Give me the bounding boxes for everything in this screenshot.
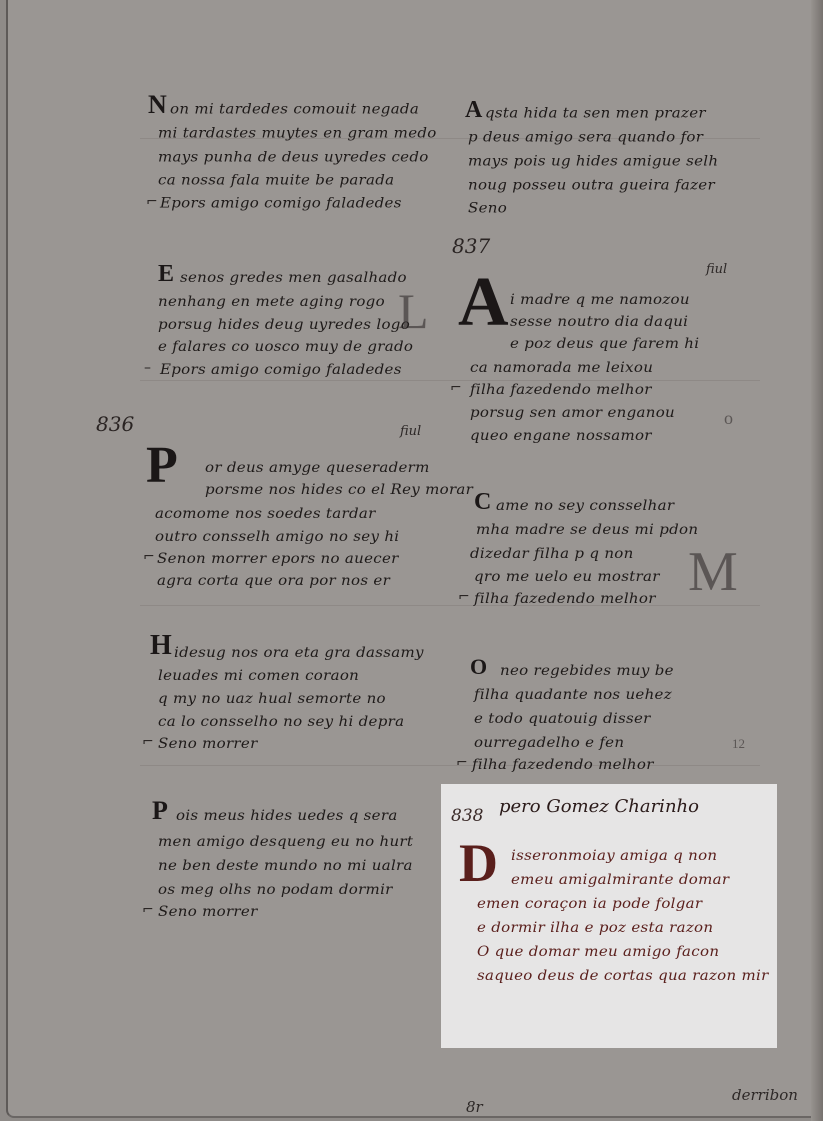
initial-letter: D (459, 836, 498, 890)
verse-line: e todo quatouig disser (474, 709, 651, 726)
initial-letter: P (152, 798, 168, 824)
initial-letter: E (158, 262, 174, 286)
verse-line: filha fazedendo melhor (472, 755, 654, 772)
initial-letter: A (465, 98, 482, 122)
verse-line: mi tardastes muytes en gram medo (158, 124, 437, 141)
refrain-mark: ⌐ (146, 194, 158, 210)
verse-line: idesug nos ora eta gra dassamy (174, 643, 424, 660)
verse-line: ois meus hides uedes q sera (176, 806, 398, 823)
verse-line: mays punha de deus uyredes cedo (158, 148, 429, 165)
refrain-mark: – (144, 360, 151, 376)
verse-line: filha fazedendo melhor (470, 380, 652, 397)
verse-line: queo engane nossamor (470, 426, 652, 443)
poem-number-837: 837 (452, 234, 490, 258)
verse-line: dizedar filha p q non (470, 544, 634, 561)
refrain-mark: ⌐ (142, 734, 154, 750)
verse-line: noug posseu outra gueira fazer (468, 176, 715, 193)
verse-line: saqueo deus de cortas qua razon mir (477, 966, 769, 983)
verse-line: ourregadelho e fen (474, 733, 624, 750)
verse-line: Epors amigo comigo faladedes (160, 194, 402, 211)
verse-line: acomome nos soedes tardar (155, 504, 376, 521)
verse-line: nenhang en mete aging rogo (158, 292, 385, 309)
verse-line: Epors amigo comigo faladedes (160, 360, 402, 377)
verse-line: ca nossa fala muite be parada (158, 171, 394, 188)
refrain-mark: ⌐ (458, 589, 470, 605)
page-edge (811, 0, 823, 1121)
initial-letter: O (470, 656, 487, 678)
refrain-mark: ⌐ (450, 380, 462, 396)
guide-letter-L: L (398, 282, 429, 340)
guide-letter-M: M (688, 540, 738, 604)
poem-number-836: 836 (96, 412, 134, 436)
verse-line: sesse noutro dia daqui (510, 312, 688, 329)
verse-line: Seno morrer (158, 902, 258, 919)
verse-line: filha fazedendo melhor (474, 589, 656, 606)
verse-line: emeu amigalmirante domar (511, 870, 729, 887)
verse-line: leuades mi comen coraon (158, 666, 359, 683)
verse-line: e falares co uosco muy de grado (158, 337, 413, 354)
verse-line: isseronmoiay amiga q non (511, 846, 717, 863)
refrain-mark: ⌐ (143, 549, 155, 565)
verse-line: Seno morrer (158, 734, 258, 751)
verse-line: e poz deus que farem hi (510, 334, 699, 351)
refrain-mark: ⌐ (456, 755, 468, 771)
verse-line: porsug hides deug uyredes logo (158, 315, 410, 332)
initial-letter: H (150, 632, 172, 660)
verse-line: ca lo consselho no sey hi depra (158, 712, 404, 729)
verse-line: p deus amigo sera quando for (468, 128, 703, 145)
verse-line: ame no sey consselhar (496, 496, 674, 513)
ruling-line (140, 765, 760, 766)
verse-line: filha quadante nos uehez (474, 685, 672, 702)
guide-number-12: 12 (732, 736, 745, 752)
verse-line: q my no uaz hual semorte no (158, 689, 386, 706)
verse-line: porsug sen amor enganou (470, 403, 675, 420)
verse-line: men amigo desqueng eu no hurt (158, 832, 413, 849)
catchword-center: 8r (466, 1098, 483, 1116)
catchword-right: derribon (732, 1086, 798, 1104)
initial-letter: N (148, 92, 167, 118)
initial-letter: C (474, 490, 491, 514)
verse-line: ca namorada me leixou (470, 358, 653, 375)
verse-line: e dormir ilha e poz esta razon (477, 918, 713, 935)
verse-line: ne ben deste mundo no mi ualra (158, 856, 413, 873)
verse-line: mha madre se deus mi pdon (476, 520, 698, 537)
verse-line: porsme nos hides co el Rey morar (205, 480, 473, 497)
verse-line: agra corta que ora por nos er (157, 571, 390, 588)
poem-number-838: 838 (451, 806, 483, 826)
highlighted-region: pero Gomez Charinho 838 D isseronmoiay a… (441, 784, 777, 1048)
verse-line: senos gredes men gasalhado (180, 268, 407, 285)
initial-letter: A (458, 268, 509, 338)
verse-line: qro me uelo eu mostrar (474, 567, 660, 584)
verse-line: outro consselh amigo no sey hi (155, 527, 399, 544)
ruling-line (140, 605, 760, 606)
verse-line: i madre q me namozou (510, 290, 690, 307)
verse-line: mays pois ug hides amigue selh (468, 152, 718, 169)
verse-line: Senon morrer epors no auecer (157, 549, 399, 566)
verse-line: emen coraçon ia pode folgar (477, 894, 702, 911)
margin-note-fiul: fiul (400, 424, 421, 439)
author-attribution: pero Gomez Charinho (499, 796, 699, 817)
verse-line: Seno (468, 199, 507, 216)
verse-line: or deus amyge queseraderm (205, 458, 430, 475)
verse-line: qsta hida ta sen men prazer (485, 104, 706, 121)
verse-line: on mi tardedes comouit negada (170, 100, 419, 117)
verse-line: O que domar meu amigo facon (477, 942, 719, 959)
verse-line: os meg olhs no podam dormir (158, 880, 393, 897)
verse-line: neo regebides muy be (500, 661, 674, 678)
margin-note-fiul: fiul (706, 262, 727, 277)
refrain-mark: ⌐ (142, 902, 154, 918)
guide-letter-o: o (724, 408, 733, 429)
initial-letter: P (146, 440, 178, 492)
